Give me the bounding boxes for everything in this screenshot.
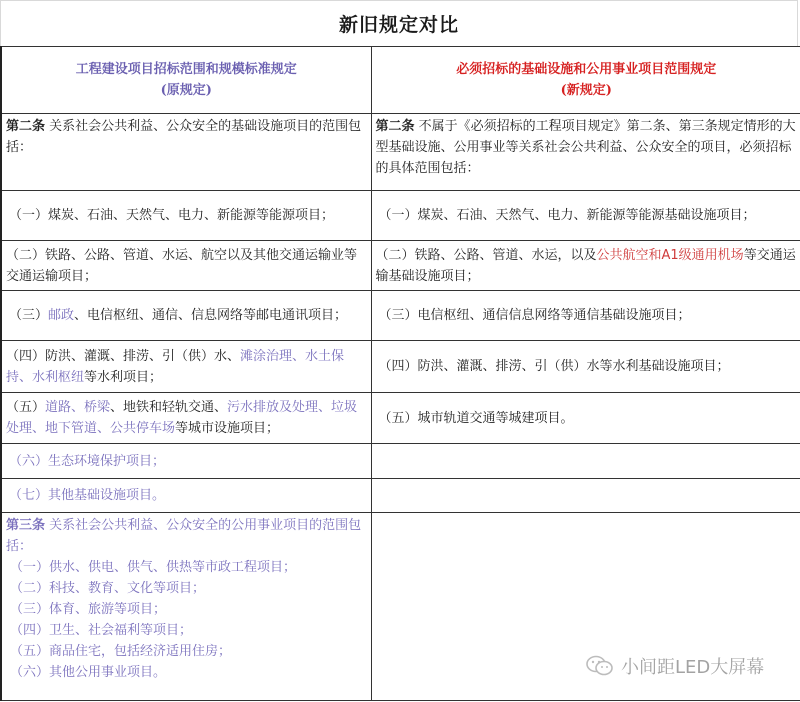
new-rule-header: 必须招标的基础设施和公用事业项目范围规定 (新规定) (371, 47, 800, 114)
text-segment: （三） (9, 308, 48, 323)
list-item: （二）科技、教育、文化等项目； (6, 578, 367, 599)
watermark: 小间距LED大屏幕 (585, 653, 764, 679)
table-row: （七）其他基础设施项目。 (1, 479, 800, 513)
wechat-icon (585, 654, 615, 678)
text-segment: （二）铁路、公路、管道、水运，以及 (376, 248, 597, 263)
table-header-row: 工程建设项目招标范围和规模标准规定 (原规定) 必须招标的基础设施和公用事业项目… (1, 47, 800, 114)
table-row: （二）铁路、公路、管道、水运、航空以及其他交通运输业等交通运输项目； （二）铁路… (1, 241, 800, 291)
article-lead: 第三条 (6, 518, 45, 533)
text-segment: 道路、桥梁 (45, 400, 110, 415)
text-segment: （一）煤炭、石油、天然气、电力、新能源等能源基础设施项目； (379, 208, 756, 223)
old-item-6: （六）生态环境保护项目； (1, 444, 371, 479)
watermark-text: 小间距LED大屏幕 (621, 653, 764, 679)
old-rule-title: 工程建设项目招标范围和规模标准规定 (6, 59, 367, 80)
list-item: （三）体育、旅游等项目； (6, 599, 367, 620)
old-item-3: （三）邮政、电信枢纽、通信、信息网络等邮电通讯项目； (1, 291, 371, 341)
old-article-2: 第二条 关系社会公共利益、公众安全的基础设施项目的范围包括： (1, 114, 371, 191)
text-segment: 、地铁和轻轨交通、 (110, 400, 227, 415)
new-item-5: （五）城市轨道交通等城建项目。 (371, 393, 800, 444)
new-item-3: （三）电信枢纽、通信信息网络等通信基础设施项目； (371, 291, 800, 341)
comparison-page: 新旧规定对比 工程建设项目招标范围和规模标准规定 (原规定) 必须招标的基础设施… (0, 0, 800, 702)
article-text: 不属于《必须招标的工程项目规定》第二条、第三条规定情形的大型基础设施、公用事业等… (376, 119, 796, 176)
new-item-6-empty (371, 444, 800, 479)
old-rule-header: 工程建设项目招标范围和规模标准规定 (原规定) (1, 47, 371, 114)
page-title: 新旧规定对比 (0, 0, 798, 46)
article-lead: 第二条 (6, 119, 45, 134)
text-segment: （二）铁路、公路、管道、水运、航空以及其他交通运输业等交通运输项目； (6, 248, 357, 284)
new-item-1: （一）煤炭、石油、天然气、电力、新能源等能源基础设施项目； (371, 191, 800, 241)
new-article-2: 第二条 不属于《必须招标的工程项目规定》第二条、第三条规定情形的大型基础设施、公… (371, 114, 800, 191)
list-item: （一）供水、供电、供气、供热等市政工程项目； (6, 557, 367, 578)
text-segment: 等水利项目； (84, 370, 162, 385)
text-segment: 等城市设施项目； (175, 421, 279, 436)
text-segment: （七）其他基础设施项目。 (9, 488, 165, 503)
article-3-list: （一）供水、供电、供气、供热等市政工程项目；（二）科技、教育、文化等项目；（三）… (6, 557, 367, 683)
old-item-7: （七）其他基础设施项目。 (1, 479, 371, 513)
text-segment: 、电信枢纽、通信、信息网络等邮电通讯项目； (74, 308, 347, 323)
table-row: 第二条 关系社会公共利益、公众安全的基础设施项目的范围包括： 第二条 不属于《必… (1, 114, 800, 191)
old-item-5: （五）道路、桥梁、地铁和轻轨交通、污水排放及处理、垃圾处理、地下管道、公共停车场… (1, 393, 371, 444)
article-text: 关系社会公共利益、公众安全的公用事业项目的范围包括： (6, 518, 361, 554)
new-item-7-empty (371, 479, 800, 513)
text-segment: （三）电信枢纽、通信信息网络等通信基础设施项目； (379, 308, 691, 323)
article-lead: 第二条 (376, 119, 415, 134)
list-item: （五）商品住宅，包括经济适用住房； (6, 641, 367, 662)
old-item-2: （二）铁路、公路、管道、水运、航空以及其他交通运输业等交通运输项目； (1, 241, 371, 291)
old-item-4: （四）防洪、灌溉、排涝、引（供）水、滩涂治理、水土保持、水利枢纽等水利项目； (1, 341, 371, 393)
text-segment: 邮政 (48, 308, 74, 323)
old-rule-subtitle: (原规定) (6, 80, 367, 101)
new-rule-title: 必须招标的基础设施和公用事业项目范围规定 (376, 59, 798, 80)
table-row: （四）防洪、灌溉、排涝、引（供）水、滩涂治理、水土保持、水利枢纽等水利项目； （… (1, 341, 800, 393)
list-item: （四）卫生、社会福利等项目； (6, 620, 367, 641)
text-segment: （六）生态环境保护项目； (9, 454, 165, 469)
text-segment: （四）防洪、灌溉、排涝、引（供）水等水利基础设施项目； (379, 359, 730, 374)
article-text: 关系社会公共利益、公众安全的基础设施项目的范围包括： (6, 119, 361, 155)
new-item-4: （四）防洪、灌溉、排涝、引（供）水等水利基础设施项目； (371, 341, 800, 393)
text-segment: 公共航空和A1级通用机场 (597, 248, 744, 263)
old-article-3: 第三条 关系社会公共利益、公众安全的公用事业项目的范围包括： （一）供水、供电、… (1, 513, 371, 701)
list-item: （六）其他公用事业项目。 (6, 662, 367, 683)
text-segment: （四）防洪、灌溉、排涝、引（供）水、 (6, 349, 240, 364)
new-rule-subtitle: (新规定) (376, 80, 798, 101)
text-segment: （五）城市轨道交通等城建项目。 (379, 411, 574, 426)
table-row: （一）煤炭、石油、天然气、电力、新能源等能源项目； （一）煤炭、石油、天然气、电… (1, 191, 800, 241)
table-row: （三）邮政、电信枢纽、通信、信息网络等邮电通讯项目； （三）电信枢纽、通信信息网… (1, 291, 800, 341)
comparison-table: 工程建设项目招标范围和规模标准规定 (原规定) 必须招标的基础设施和公用事业项目… (0, 46, 800, 701)
text-segment: （一）煤炭、石油、天然气、电力、新能源等能源项目； (9, 208, 334, 223)
table-row: （五）道路、桥梁、地铁和轻轨交通、污水排放及处理、垃圾处理、地下管道、公共停车场… (1, 393, 800, 444)
table-row: （六）生态环境保护项目； (1, 444, 800, 479)
text-segment: （五） (6, 400, 45, 415)
old-item-1: （一）煤炭、石油、天然气、电力、新能源等能源项目； (1, 191, 371, 241)
new-item-2: （二）铁路、公路、管道、水运，以及公共航空和A1级通用机场等交通运输基础设施项目… (371, 241, 800, 291)
